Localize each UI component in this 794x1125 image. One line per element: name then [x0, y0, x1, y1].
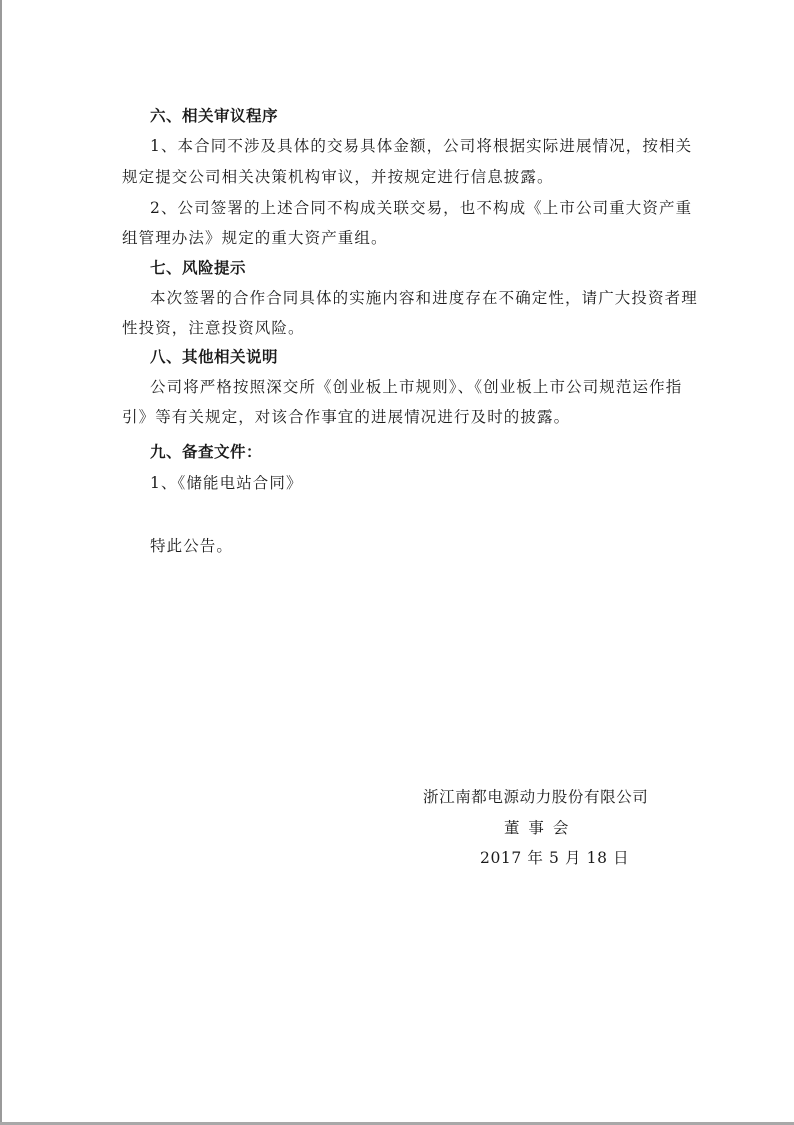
paragraph-line: 引》等有关规定，对该合作事宜的进展情况进行及时的披露。 [122, 407, 682, 427]
section-heading-other-notes: 八、其他相关说明 [150, 347, 710, 367]
signature-date: 2017 年 5 月 18 日 [480, 848, 629, 868]
paragraph-line: 公司将严格按照深交所《创业板上市规则》、《创业板上市公司规范运作指 [150, 377, 710, 397]
paragraph-line: 性投资，注意投资风险。 [122, 318, 682, 338]
paragraph-line: 1、本合同不涉及具体的交易具体金额，公司将根据实际进展情况，按相关 [150, 136, 710, 156]
signature-company: 浙江南都电源动力股份有限公司 [423, 787, 648, 807]
reference-document-item: 1、《储能电站合同》 [150, 473, 710, 493]
closing-statement: 特此公告。 [150, 536, 710, 556]
paragraph-line: 规定提交公司相关决策机构审议，并按规定进行信息披露。 [122, 167, 682, 187]
section-heading-reference-documents: 九、备查文件： [150, 442, 710, 462]
page-left-edge [0, 0, 2, 1125]
section-heading-review-procedure: 六、相关审议程序 [150, 106, 710, 126]
section-heading-risk-notice: 七、风险提示 [150, 258, 710, 278]
paragraph-line: 本次签署的合作合同具体的实施内容和进度存在不确定性，请广大投资者理 [150, 288, 710, 308]
paragraph-line: 组管理办法》规定的重大资产重组。 [122, 228, 682, 248]
signature-board: 董 事 会 [504, 818, 570, 838]
paragraph-line: 2、公司签署的上述合同不构成关联交易，也不构成《上市公司重大资产重 [150, 198, 710, 218]
